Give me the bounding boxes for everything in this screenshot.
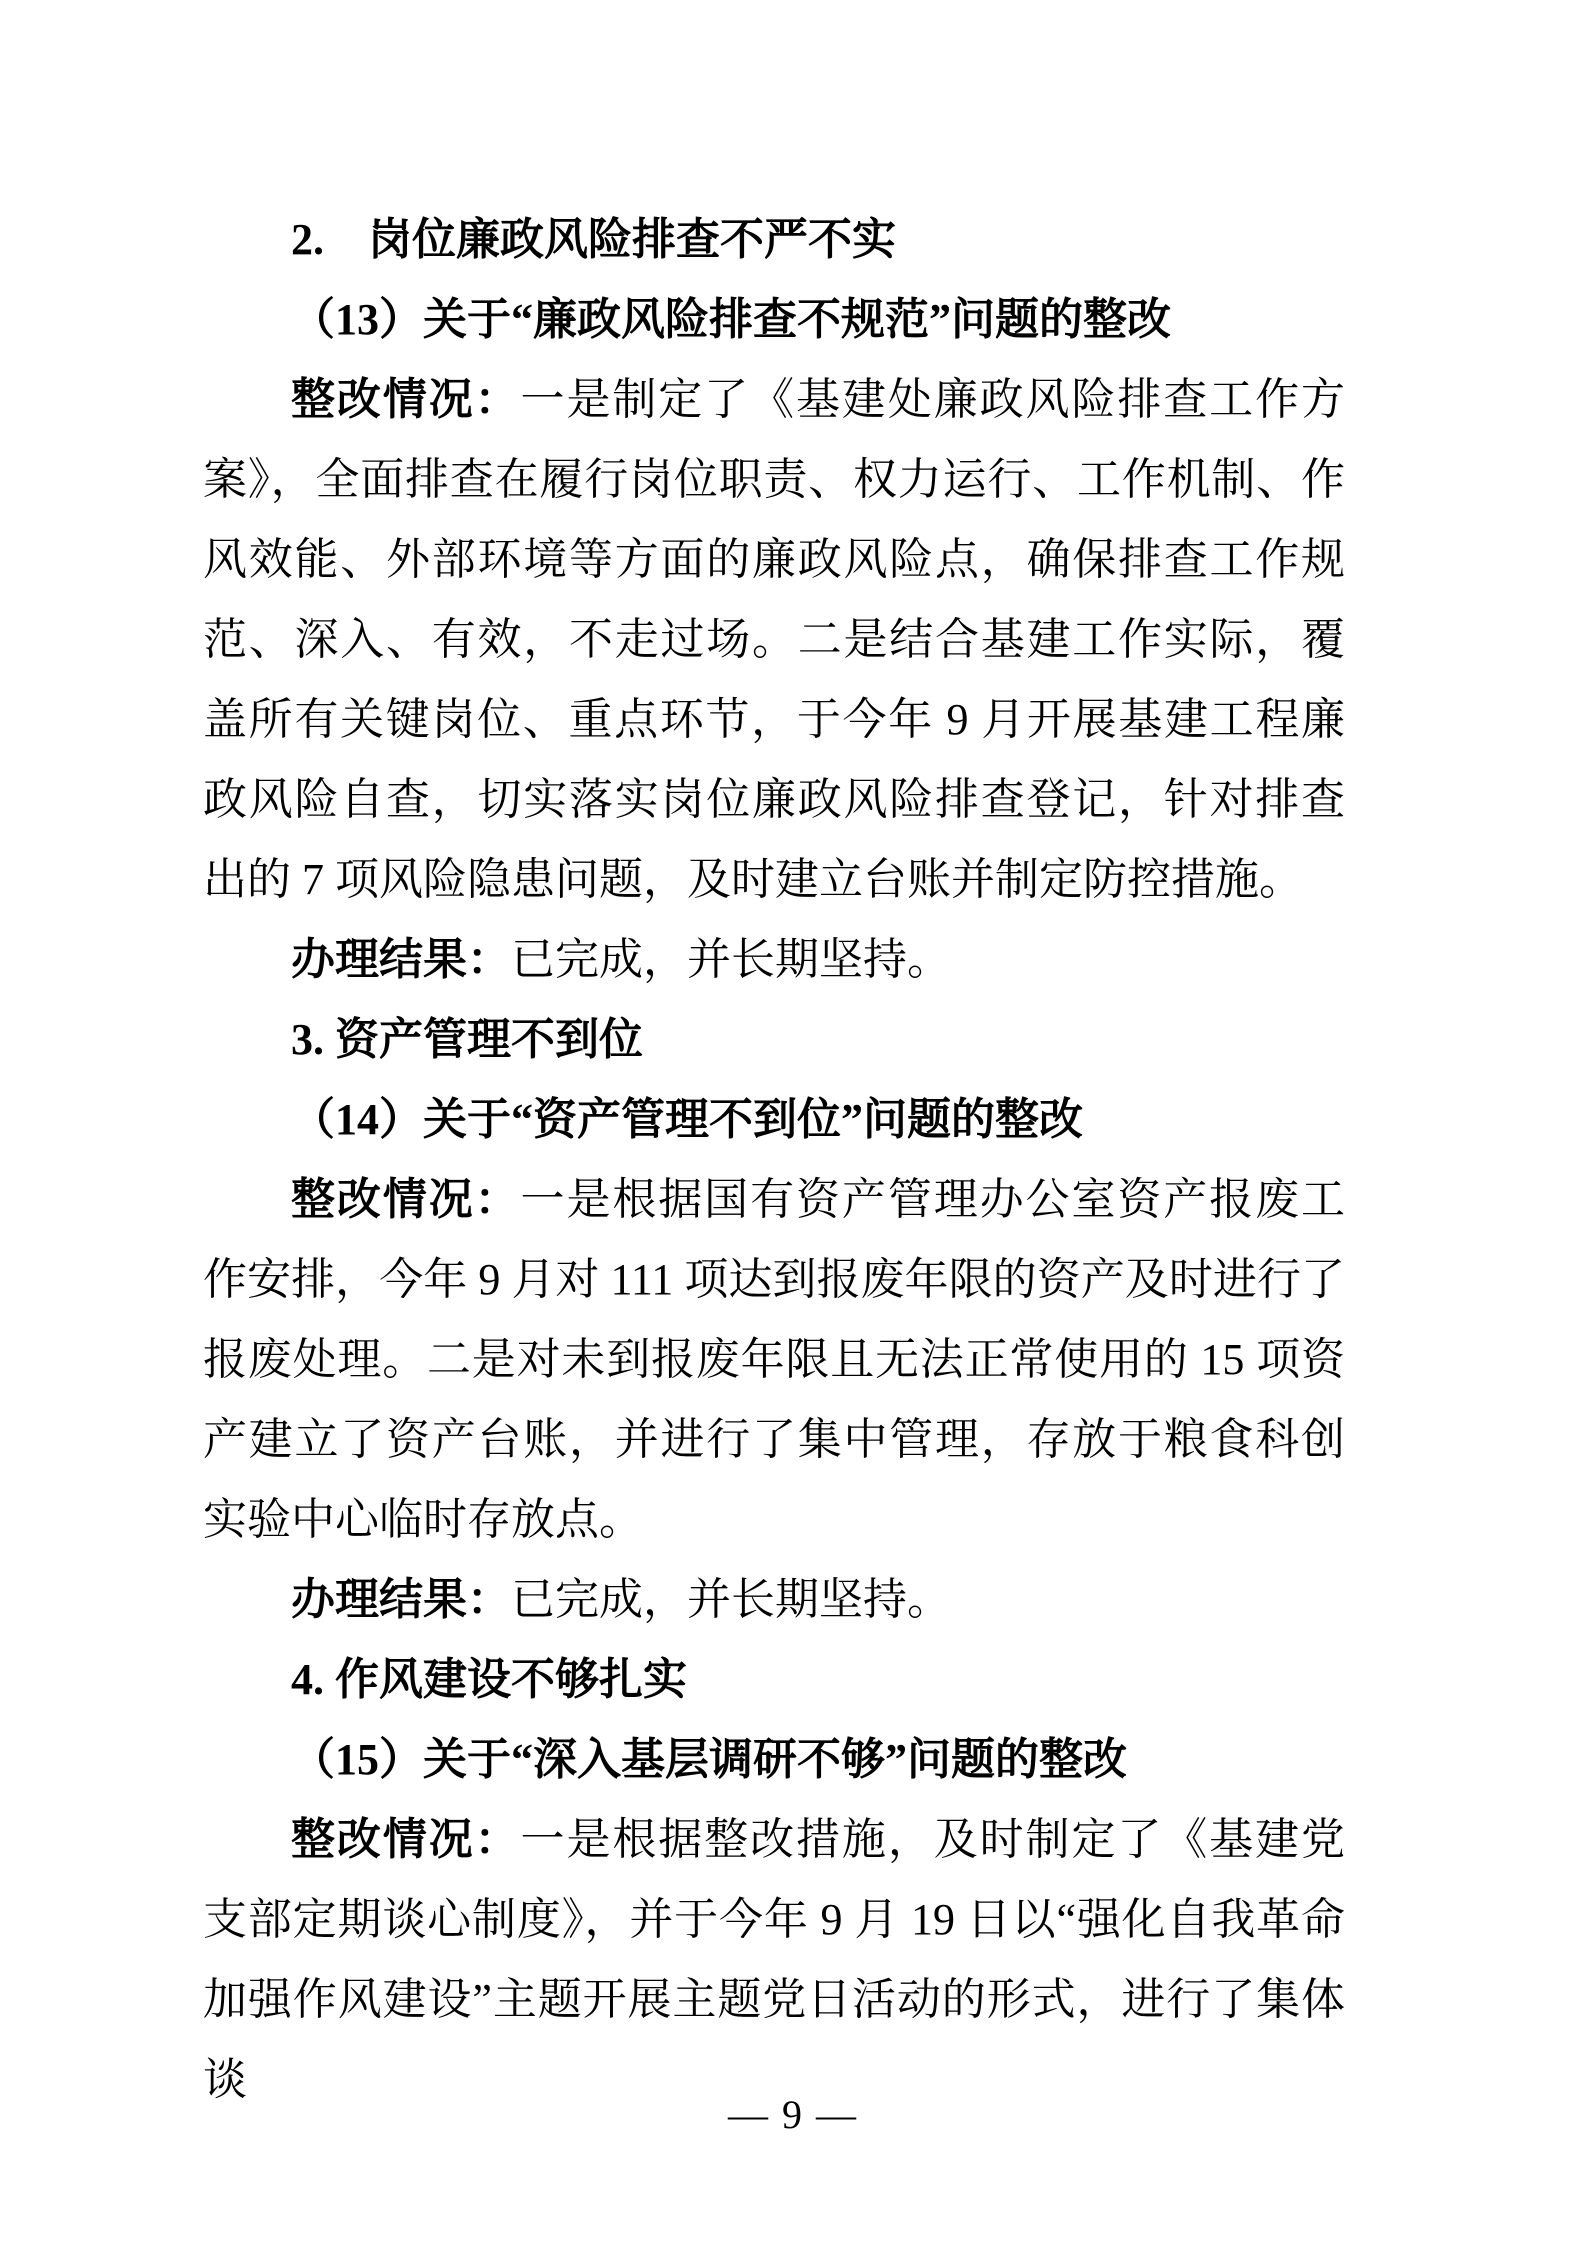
paragraph: 整改情况：一是根据整改措施，及时制定了《基建党支部定期谈心制度》，并于今年 9 …: [203, 1800, 1345, 2120]
item-heading: （15）关于“深入基层调研不够”问题的整改: [203, 1720, 1345, 1800]
section-heading: 4. 作风建设不够扎实: [203, 1640, 1345, 1720]
document-body: 2. 岗位廉政风险排查不严不实（13）关于“廉政风险排查不规范”问题的整改整改情…: [203, 200, 1345, 2120]
section-heading: 3. 资产管理不到位: [203, 1000, 1345, 1080]
paragraph: 整改情况：一是根据国有资产管理办公室资产报废工作安排，今年 9 月对 111 项…: [203, 1160, 1345, 1560]
paragraph: 办理结果：已完成，并长期坚持。: [203, 1560, 1345, 1640]
paragraph-lead: 整改情况：: [291, 1175, 521, 1224]
paragraph-lead: 办理结果：: [291, 935, 511, 984]
document-page: 2. 岗位廉政风险排查不严不实（13）关于“廉政风险排查不规范”问题的整改整改情…: [0, 0, 1586, 2245]
item-heading: （13）关于“廉政风险排查不规范”问题的整改: [203, 280, 1345, 360]
paragraph-lead: 办理结果：: [291, 1575, 511, 1624]
paragraph-lead: 整改情况：: [291, 1815, 521, 1864]
item-heading: （14）关于“资产管理不到位”问题的整改: [203, 1080, 1345, 1160]
paragraph-lead: 整改情况：: [291, 375, 521, 424]
paragraph: 办理结果：已完成，并长期坚持。: [203, 920, 1345, 1000]
paragraph: 整改情况：一是制定了《基建处廉政风险排查工作方案》，全面排查在履行岗位职责、权力…: [203, 360, 1345, 920]
section-heading: 2. 岗位廉政风险排查不严不实: [203, 200, 1345, 280]
page-number: — 9 —: [0, 2093, 1586, 2137]
